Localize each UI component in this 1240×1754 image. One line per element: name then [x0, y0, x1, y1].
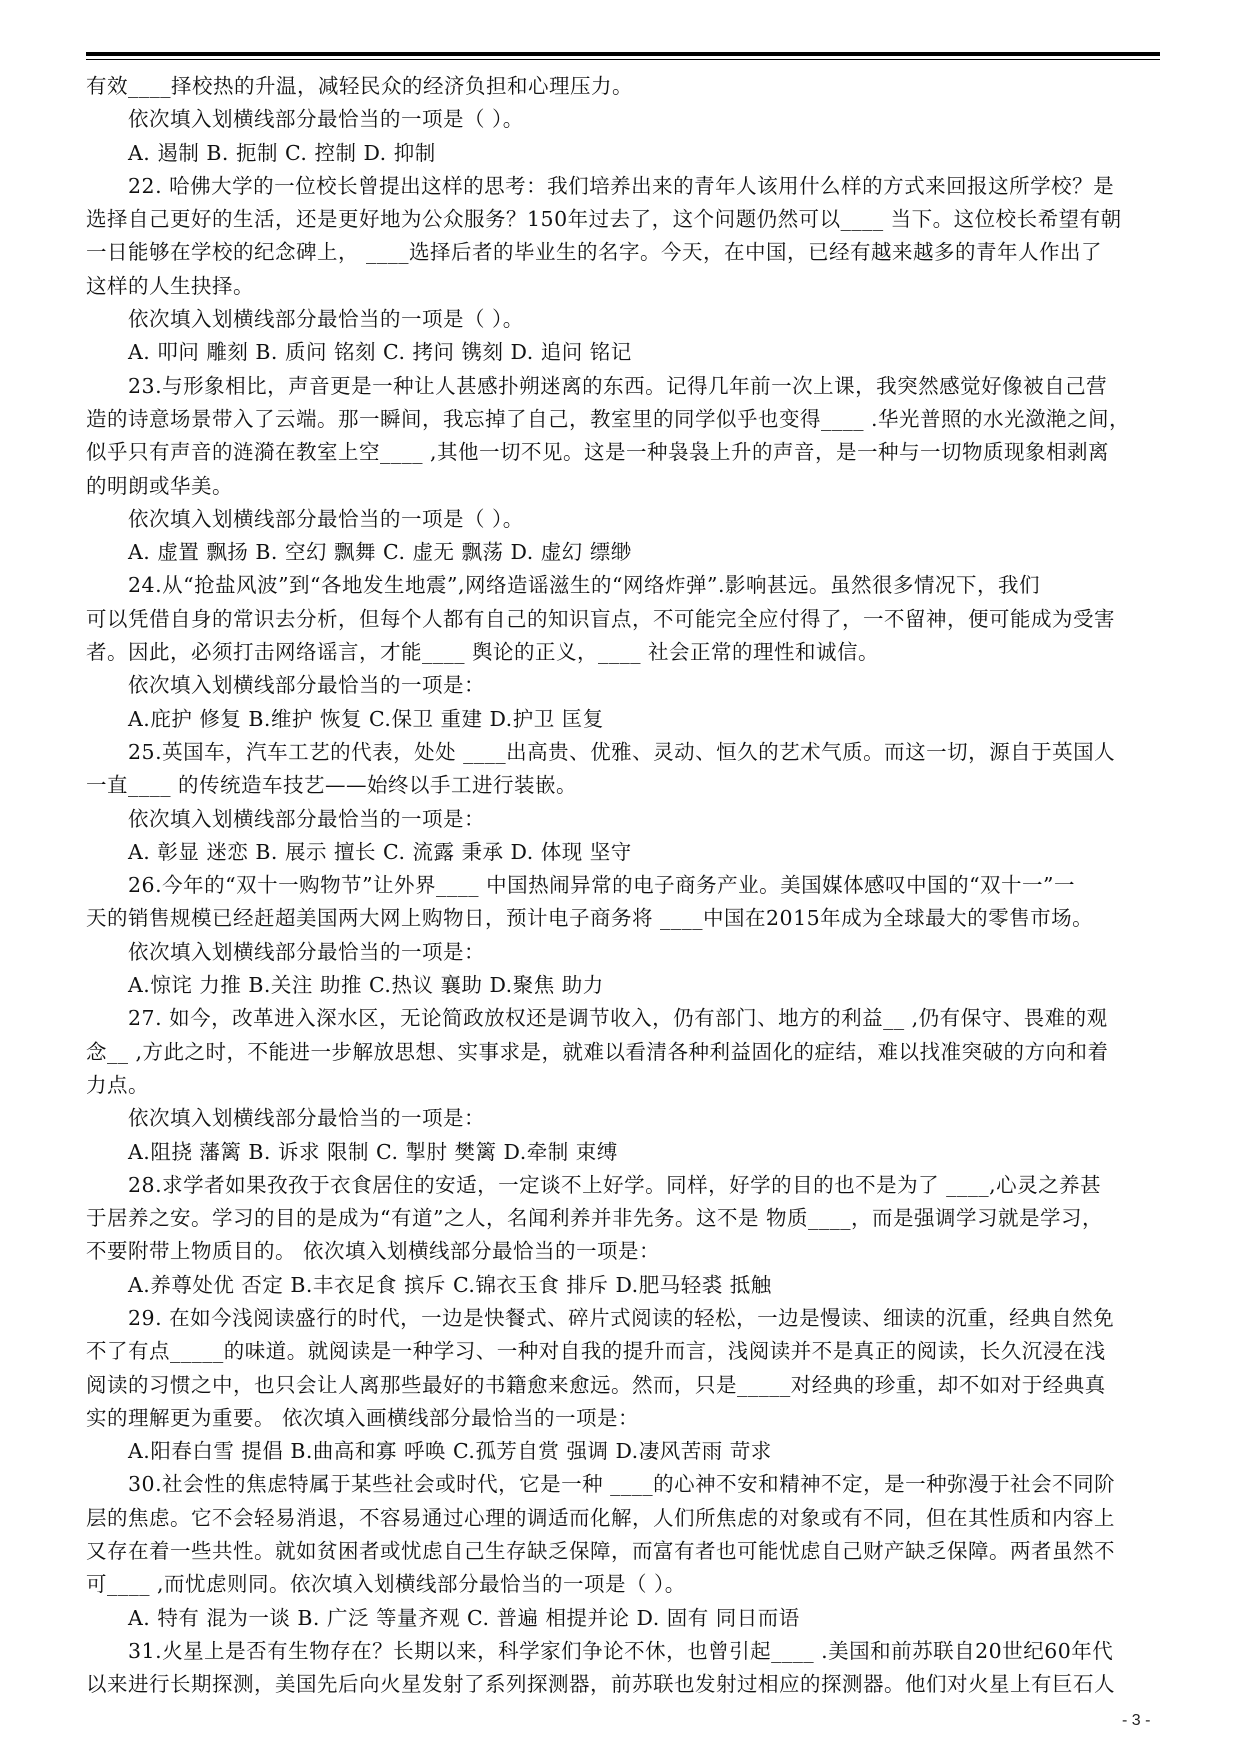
- text-line: 31.火星上是否有生物存在？长期以来，科学家们争论不休，也曾引起____ .美国…: [86, 1635, 1166, 1668]
- text-line: 力点。: [86, 1069, 1166, 1102]
- text-line: 可____ ,而忧虑则同。依次填入划横线部分最恰当的一项是（ ）。: [86, 1568, 1166, 1601]
- text-line: 29. 在如今浅阅读盛行的时代，一边是快餐式、碎片式阅读的轻松，一边是慢读、细读…: [86, 1302, 1166, 1335]
- text-line: 27. 如今，改革进入深水区，无论简政放权还是调节收入，仍有部门、地方的利益__…: [86, 1002, 1166, 1035]
- text-line: A.阳春白雪 提倡 B.曲高和寡 呼唤 C.孤芳自赏 强调 D.凄风苦雨 苛求: [86, 1435, 1166, 1468]
- text-line: 依次填入划横线部分最恰当的一项是：: [86, 803, 1166, 836]
- text-line: 念__ ,方此之时，不能进一步解放思想、实事求是，就难以看清各种利益固化的症结，…: [86, 1036, 1166, 1069]
- text-line: A. 特有 混为一谈 B. 广泛 等量齐观 C. 普遍 相提并论 D. 固有 同…: [86, 1602, 1166, 1635]
- text-line: 造的诗意场景带入了云端。那一瞬间，我忘掉了自己，教室里的同学似乎也变得____ …: [86, 403, 1166, 436]
- text-line: 这样的人生抉择。: [86, 270, 1166, 303]
- text-line: 28.求学者如果孜孜于衣食居住的安适，一定谈不上好学。同样，好学的目的也不是为了…: [86, 1169, 1166, 1202]
- text-line: 有效____择校热的升温，减轻民众的经济负担和心理压力。: [86, 70, 1166, 103]
- text-line: 依次填入划横线部分最恰当的一项是：: [86, 669, 1166, 702]
- text-line: 似乎只有声音的涟漪在教室上空____ ,其他一切不见。这是一种袅袅上升的声音，是…: [86, 436, 1166, 469]
- text-line: A. 彰显 迷恋 B. 展示 擅长 C. 流露 秉承 D. 体现 坚守: [86, 836, 1166, 869]
- text-line: 依次填入划横线部分最恰当的一项是：: [86, 936, 1166, 969]
- page-number: - 3 -: [1122, 1712, 1150, 1730]
- text-line: 26.今年的“双十一购物节”让外界____ 中国热闹异常的电子商务产业。美国媒体…: [86, 869, 1166, 902]
- text-line: 层的焦虑。它不会轻易消退，不容易通过心理的调适而化解，人们所焦虑的对象或有不同，…: [86, 1502, 1166, 1535]
- text-line: A.庇护 修复 B.维护 恢复 C.保卫 重建 D.护卫 匡复: [86, 703, 1166, 736]
- text-line: A. 叩问 雕刻 B. 质问 铭刻 C. 拷问 镌刻 D. 追问 铭记: [86, 336, 1166, 369]
- text-line: 的明朗或华美。: [86, 470, 1166, 503]
- text-line: 依次填入划横线部分最恰当的一项是（ ）。: [86, 303, 1166, 336]
- header-rule-thick: [86, 52, 1160, 56]
- text-line: A.阻挠 藩篱 B. 诉求 限制 C. 掣肘 樊篱 D.牵制 束缚: [86, 1136, 1166, 1169]
- header-rule-thin: [86, 59, 1160, 60]
- text-line: 者。因此，必须打击网络谣言，才能____ 舆论的正义，____ 社会正常的理性和…: [86, 636, 1166, 669]
- text-line: 24.从“抢盐风波”到“各地发生地震”,网络造谣滋生的“网络炸弹”.影响甚远。虽…: [86, 569, 1166, 602]
- text-line: 实的理解更为重要。 依次填入画横线部分最恰当的一项是：: [86, 1402, 1166, 1435]
- text-line: 不要附带上物质目的。 依次填入划横线部分最恰当的一项是：: [86, 1235, 1166, 1268]
- text-line: 依次填入划横线部分最恰当的一项是：: [86, 1102, 1166, 1135]
- text-line: 一直____ 的传统造车技艺——始终以手工进行装嵌。: [86, 769, 1166, 802]
- text-line: 22. 哈佛大学的一位校长曾提出这样的思考：我们培养出来的青年人该用什么样的方式…: [86, 170, 1166, 203]
- text-line: 依次填入划横线部分最恰当的一项是（ ）。: [86, 103, 1166, 136]
- text-line: 于居养之安。学习的目的是成为“有道”之人，名闻利养并非先务。这不是 物质____…: [86, 1202, 1166, 1235]
- text-line: A. 遏制 B. 扼制 C. 控制 D. 抑制: [86, 137, 1166, 170]
- text-line: 30.社会性的焦虑特属于某些社会或时代，它是一种 ____的心神不安和精神不定，…: [86, 1468, 1166, 1501]
- text-line: 一日能够在学校的纪念碑上， ____选择后者的毕业生的名字。今天，在中国，已经有…: [86, 236, 1166, 269]
- text-line: A.惊诧 力推 B.关注 助推 C.热议 襄助 D.聚焦 助力: [86, 969, 1166, 1002]
- text-line: A.养尊处优 否定 B.丰衣足食 摈斥 C.锦衣玉食 排斥 D.肥马轻裘 抵触: [86, 1269, 1166, 1302]
- text-line: 阅读的习惯之中，也只会让人离那些最好的书籍愈来愈远。然而，只是_____对经典的…: [86, 1369, 1166, 1402]
- page-body: 有效____择校热的升温，减轻民众的经济负担和心理压力。依次填入划横线部分最恰当…: [86, 70, 1166, 1702]
- document-page: 有效____择校热的升温，减轻民众的经济负担和心理压力。依次填入划横线部分最恰当…: [0, 0, 1240, 1754]
- text-line: 选择自己更好的生活，还是更好地为公众服务？150年过去了，这个问题仍然可以___…: [86, 203, 1166, 236]
- text-line: 可以凭借自身的常识去分析，但每个人都有自己的知识盲点，不可能完全应付得了，一不留…: [86, 603, 1166, 636]
- text-line: 25.英国车，汽车工艺的代表，处处 ____出高贵、优雅、灵动、恒久的艺术气质。…: [86, 736, 1166, 769]
- text-line: 不了有点_____的味道。就阅读是一种学习、一种对自我的提升而言，浅阅读并不是真…: [86, 1335, 1166, 1368]
- text-line: 以来进行长期探测，美国先后向火星发射了系列探测器，前苏联也发射过相应的探测器。他…: [86, 1668, 1166, 1701]
- text-line: 天的销售规模已经赶超美国两大网上购物日，预计电子商务将 ____中国在2015年…: [86, 902, 1166, 935]
- text-line: A. 虚置 飘扬 B. 空幻 飘舞 C. 虚无 飘荡 D. 虚幻 缥缈: [86, 536, 1166, 569]
- text-line: 依次填入划横线部分最恰当的一项是（ ）。: [86, 503, 1166, 536]
- text-line: 又存在着一些共性。就如贫困者或忧虑自己生存缺乏保障，而富有者也可能忧虑自己财产缺…: [86, 1535, 1166, 1568]
- text-line: 23.与形象相比，声音更是一种让人甚感扑朔迷离的东西。记得几年前一次上课，我突然…: [86, 370, 1166, 403]
